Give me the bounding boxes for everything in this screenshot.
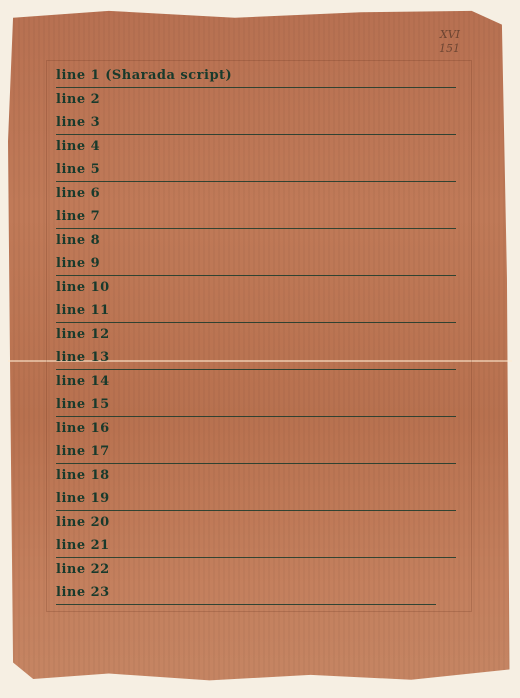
- text-line-content: line 13: [56, 346, 456, 370]
- text-line: line 23: [56, 581, 456, 605]
- text-line: line 17: [56, 440, 456, 464]
- text-line-content: line 22: [56, 558, 456, 582]
- text-line-content: line 3: [56, 111, 456, 135]
- text-line: line 9: [56, 252, 456, 276]
- text-line: line 10: [56, 276, 456, 300]
- text-line-content: line 21: [56, 534, 456, 558]
- text-line: line 16: [56, 417, 456, 441]
- text-line-content: line 20: [56, 511, 456, 535]
- text-line: line 21: [56, 534, 456, 558]
- text-line-content: line 14: [56, 370, 456, 394]
- text-line-content: line 10: [56, 276, 456, 300]
- text-line-content: line 16: [56, 417, 456, 441]
- text-line-content: line 9: [56, 252, 456, 276]
- folio-annotation: XVI 151: [439, 28, 460, 56]
- text-line-content: line 12: [56, 323, 456, 347]
- text-line-content: line 17: [56, 440, 456, 464]
- text-line: line 20: [56, 511, 456, 535]
- manuscript-text: line 1 (Sharada script)line 2line 3line …: [56, 64, 456, 605]
- text-line: line 12: [56, 323, 456, 347]
- text-line: line 15: [56, 393, 456, 417]
- text-line: line 19: [56, 487, 456, 511]
- text-line: line 11: [56, 299, 456, 323]
- text-line-content: line 8: [56, 229, 456, 253]
- text-line: line 3: [56, 111, 456, 135]
- text-line: line 5: [56, 158, 456, 182]
- text-line-content: line 23: [56, 581, 436, 605]
- text-line-content: line 11: [56, 299, 456, 323]
- text-line: line 13: [56, 346, 456, 370]
- text-line-content: line 18: [56, 464, 456, 488]
- text-line: line 14: [56, 370, 456, 394]
- text-line: line 7: [56, 205, 456, 229]
- text-line: line 1 (Sharada script): [56, 64, 456, 88]
- text-line: line 6: [56, 182, 456, 206]
- text-line-content: line 5: [56, 158, 456, 182]
- text-line-content: line 15: [56, 393, 456, 417]
- text-line: line 18: [56, 464, 456, 488]
- text-line-content: line 7: [56, 205, 456, 229]
- text-line: line 22: [56, 558, 456, 582]
- text-line-content: line 19: [56, 487, 456, 511]
- text-line-content: line 2: [56, 88, 456, 112]
- text-line: line 4: [56, 135, 456, 159]
- text-line: line 8: [56, 229, 456, 253]
- text-line-content: line 4: [56, 135, 456, 159]
- text-line-content: line 1 (Sharada script): [56, 64, 456, 88]
- text-line: line 2: [56, 88, 456, 112]
- text-line-content: line 6: [56, 182, 456, 206]
